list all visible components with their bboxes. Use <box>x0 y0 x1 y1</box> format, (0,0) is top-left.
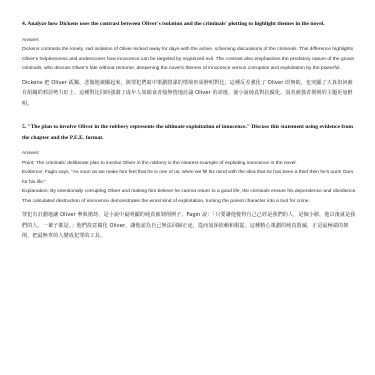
question-5-point: Point: The criminals' deliberate plan to… <box>22 159 357 169</box>
document-page: 4. Analyze how Dickens uses the contrast… <box>22 19 357 242</box>
question-4-answer-label: Answer: <box>22 36 357 46</box>
question-4-answer-chinese: Dickens 把 Oliver 孤獨、悲傷地被關起來，與罪犯們暗中策劃陰謀的情… <box>22 78 357 110</box>
question-4-section: 4. Analyze how Dickens uses the contrast… <box>22 19 357 109</box>
question-4-prompt: 4. Analyze how Dickens uses the contrast… <box>22 19 357 30</box>
question-4-answer-english: Dickens contrasts the lonely, sad isolat… <box>22 45 357 74</box>
question-5-evidence: Evidence: Fagin says, "As soon as we mak… <box>22 168 357 187</box>
question-5-explanation: Explanation: By intentionally corrupting… <box>22 187 357 206</box>
question-5-answer-label: Answer: <box>22 149 357 159</box>
question-5-answer-chinese: 罪犯有計劃地讓 Oliver 參與搶劫，是小說中最明顯的純真被剝削例子。Fagi… <box>22 210 357 242</box>
question-5-section: 5. "The plan to involve Oliver in the ro… <box>22 122 357 242</box>
question-5-prompt: 5. "The plan to involve Oliver in the ro… <box>22 122 357 143</box>
